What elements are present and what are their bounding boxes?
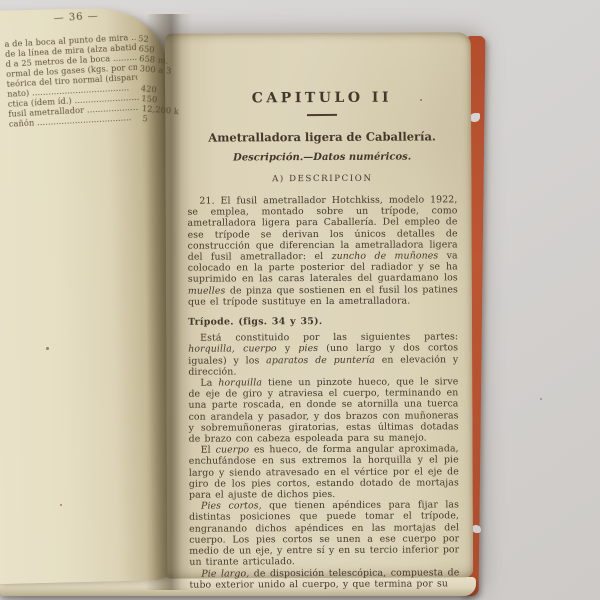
description-heading: A) DESCRIPCION: [187, 173, 457, 184]
paragraph: Pies cortos, que tienen apéndices para f…: [189, 500, 459, 569]
left-data-table: a de la boca al punto de mira ........ 5…: [4, 30, 179, 129]
paper-speck: [420, 99, 422, 101]
paper-speck: [540, 398, 542, 400]
paragraph: Pie largo, de disposición telescópica, c…: [189, 567, 459, 591]
right-page-content: CAPITULO II Ametralladora ligera de Caba…: [187, 32, 460, 590]
chapter-title: CAPITULO II: [187, 89, 457, 107]
left-page-content: — 36 — a de la boca al punto de mira ...…: [3, 7, 179, 129]
section-subtitle: Descripción.—Datos numéricos.: [187, 151, 457, 164]
body-paragraphs: 21. El fusil ametrallador Hotchkiss, mod…: [187, 194, 459, 590]
cover-chip: [472, 525, 481, 533]
chapter-rule: [307, 114, 337, 116]
paragraph: Está constituido por las siguientes part…: [188, 332, 458, 378]
paper-speck: [46, 347, 49, 350]
paragraph: El cuerpo es hueco, de forma angular apr…: [189, 444, 459, 501]
paper-speck: [60, 504, 62, 506]
cover-chip: [470, 113, 480, 122]
paragraph: Trípode. (figs. 34 y 35).: [188, 315, 458, 328]
paragraph: 21. El fusil ametrallador Hotchkiss, mod…: [187, 194, 458, 307]
section-title: Ametralladora ligera de Caballería.: [187, 130, 457, 144]
photo-scene: — 36 — a de la boca al punto de mira ...…: [0, 0, 600, 600]
paragraph: La horquilla tiene un pinzote hueco, que…: [188, 376, 458, 445]
